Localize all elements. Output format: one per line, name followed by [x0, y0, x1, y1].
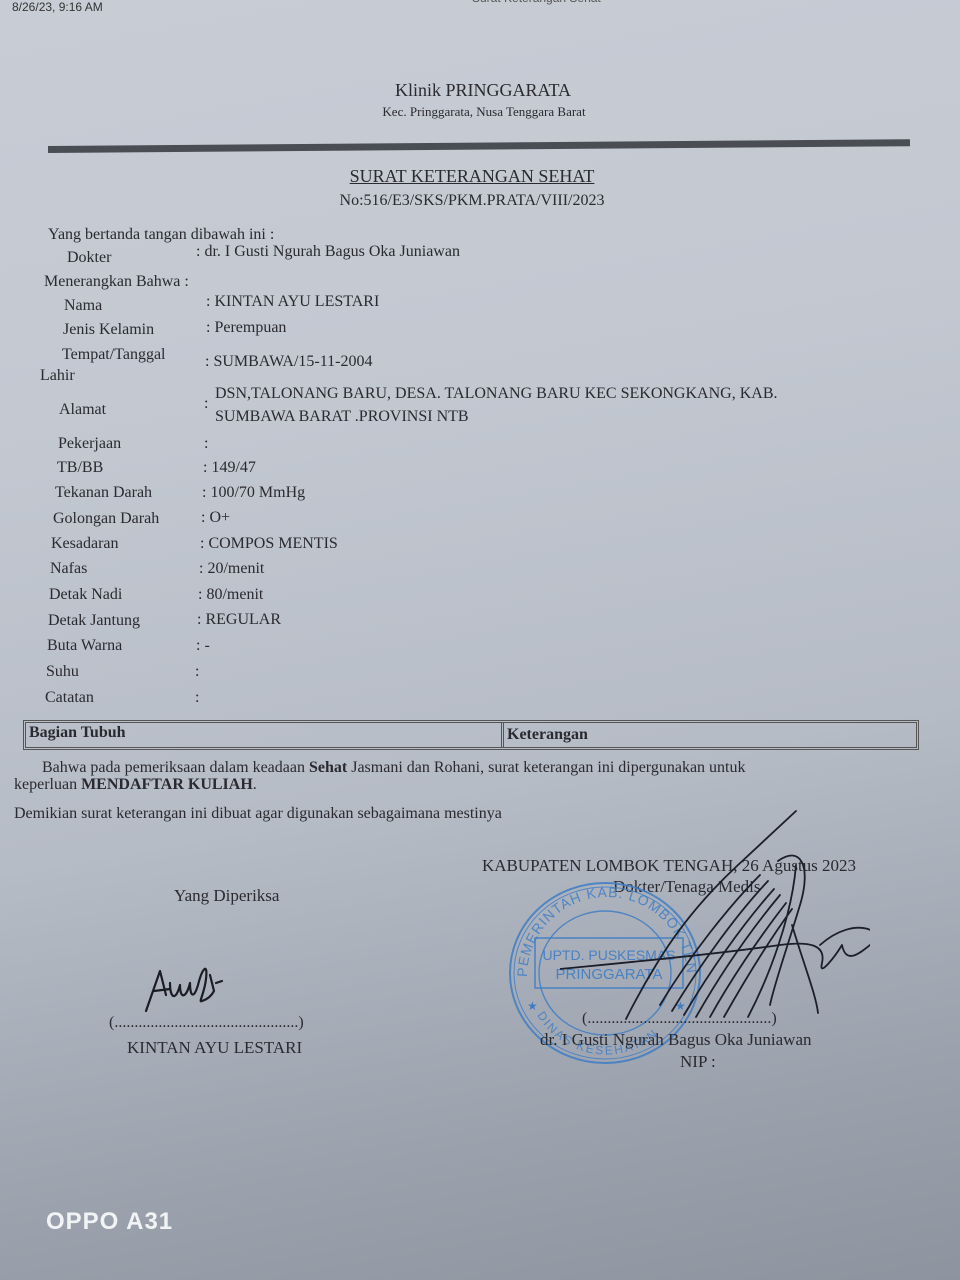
field-label-detak-jantung: Detak Jantung: [48, 612, 140, 630]
statement-text: Jasmani dan Rohani, surat keterangan ini…: [347, 759, 745, 776]
field-value-nafas: : 20/menit: [199, 560, 264, 578]
document-number: No:516/E3/SKS/PKM.PRATA/VIII/2023: [0, 192, 944, 210]
field-label-tb-bb: TB/BB: [57, 459, 103, 477]
field-label-kesadaran: Kesadaran: [51, 535, 119, 553]
field-value-pekerjaan: :: [204, 435, 208, 453]
table-header-keterangan: Keterangan: [504, 723, 916, 747]
field-label-nafas: Nafas: [50, 560, 87, 578]
statement-line1: Bahwa pada pemeriksaan dalam keadaan Seh…: [42, 759, 746, 777]
doctor-signature: [560, 805, 870, 1045]
print-title: Surat Keterangan Sehat: [472, 0, 601, 5]
field-label-alamat: Alamat: [59, 401, 106, 419]
patient-role: Yang Diperiksa: [174, 886, 279, 906]
field-label-detak-nadi: Detak Nadi: [49, 586, 122, 604]
statement-text: keperluan: [14, 776, 81, 793]
statement-purpose: MENDAFTAR KULIAH: [81, 776, 253, 793]
field-value-suhu: :: [195, 663, 199, 681]
statement-line2: keperluan MENDAFTAR KULIAH.: [14, 776, 257, 794]
closing-statement: Demikian surat keterangan ini dibuat aga…: [14, 805, 502, 823]
field-value-tekanan-darah: : 100/70 MmHg: [202, 484, 305, 502]
doctor-nip: NIP :: [680, 1052, 716, 1072]
document-title: SURAT KETERANGAN SEHAT: [0, 166, 944, 187]
clinic-address: Kec. Pringgarata, Nusa Tenggara Barat: [0, 104, 960, 120]
field-value-catatan: :: [195, 689, 199, 707]
field-label-nama: Nama: [64, 297, 102, 315]
field-label-lahir: Lahir: [40, 367, 75, 385]
field-value-tempat-tanggal-lahir: : SUMBAWA/15-11-2004: [205, 353, 372, 371]
field-value-jenis-kelamin: : Perempuan: [206, 319, 286, 337]
stamp-star-icon: ★: [527, 999, 538, 1013]
field-value-tb-bb: : 149/47: [203, 459, 256, 477]
field-label-pekerjaan: Pekerjaan: [58, 435, 121, 453]
field-label-jenis-kelamin: Jenis Kelamin: [63, 321, 154, 339]
table-header-bagian-tubuh: Bagian Tubuh: [26, 723, 504, 747]
field-label-buta-warna: Buta Warna: [47, 637, 122, 655]
states-that-text: Menerangkan Bahwa :: [44, 273, 189, 291]
statement-text: Bahwa pada pemeriksaan dalam keadaan: [42, 759, 309, 776]
print-timestamp: 8/26/23, 9:16 AM: [12, 0, 103, 14]
field-value-detak-jantung: : REGULAR: [197, 611, 281, 629]
clinic-name: Klinik PRINGGARATA: [0, 80, 960, 101]
field-label-golongan-darah: Golongan Darah: [53, 510, 159, 528]
field-value-detak-nadi: : 80/menit: [198, 586, 263, 604]
field-value-alamat-line2: SUMBAWA BARAT .PROVINSI NTB: [215, 408, 469, 426]
patient-signature-line: (.......................................…: [109, 1014, 304, 1032]
field-value-nama: : KINTAN AYU LESTARI: [206, 293, 379, 311]
header-divider: [48, 139, 910, 153]
field-label-catatan: Catatan: [45, 689, 94, 707]
field-label-tekanan-darah: Tekanan Darah: [55, 484, 152, 502]
statement-text: .: [253, 776, 257, 793]
body-parts-table: Bagian Tubuh Keterangan: [23, 720, 919, 750]
field-value-kesadaran: : COMPOS MENTIS: [200, 535, 338, 553]
doctor-value: : dr. I Gusti Ngurah Bagus Oka Juniawan: [196, 243, 460, 261]
field-value-alamat-line1: DSN,TALONANG BARU, DESA. TALONANG BARU K…: [215, 385, 777, 403]
field-value-buta-warna: : -: [196, 637, 210, 655]
doctor-label: Dokter: [67, 249, 111, 267]
patient-signature: [140, 955, 240, 1015]
field-value-golongan-darah: : O+: [201, 509, 230, 527]
statement-emphasis-sehat: Sehat: [309, 759, 347, 776]
camera-watermark: OPPO A31: [46, 1208, 173, 1236]
field-colon-alamat: :: [204, 395, 208, 413]
field-label-suhu: Suhu: [46, 663, 79, 681]
doctor-signature-line: (.......................................…: [582, 1010, 777, 1028]
field-label-tempat-tanggal: Tempat/Tanggal: [62, 346, 166, 364]
patient-name: KINTAN AYU LESTARI: [127, 1038, 302, 1058]
intro-text: Yang bertanda tangan dibawah ini :: [48, 226, 274, 244]
doctor-name: dr. I Gusti Ngurah Bagus Oka Juniawan: [540, 1030, 812, 1050]
